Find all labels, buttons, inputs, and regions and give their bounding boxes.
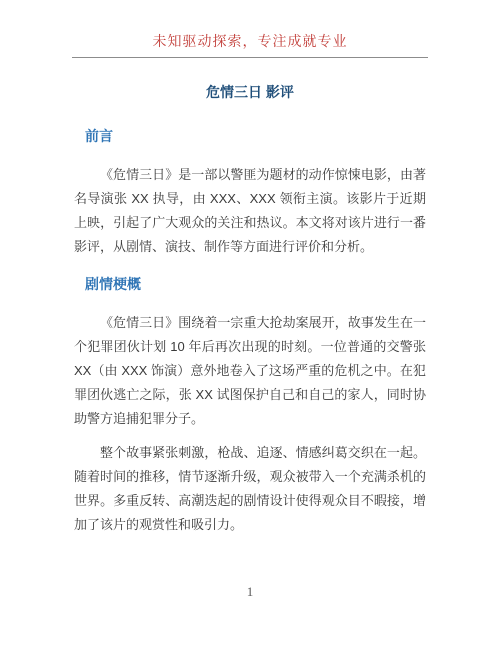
document-page: 未知驱动探索，专注成就专业 危情三日 影评 前言 《危情三日》是一部以警匪为题材… <box>0 0 500 647</box>
paragraph-plot-summary-2: 整个故事紧张刺激，枪战、追逐、情感纠葛交织在一起。随着时间的推移，情节逐渐升级，… <box>74 441 426 537</box>
paragraph-foreword: 《危情三日》是一部以警匪为题材的动作惊悚电影，由著名导演张 XX 执导，由 XX… <box>74 163 426 259</box>
page-number: 1 <box>0 584 500 600</box>
page-header: 未知驱动探索，专注成就专业 <box>72 0 428 58</box>
document-body: 前言 《危情三日》是一部以警匪为题材的动作惊悚电影，由著名导演张 XX 执导，由… <box>74 129 426 537</box>
header-slogan: 未知驱动探索，专注成就专业 <box>72 35 428 58</box>
section-heading-foreword: 前言 <box>85 129 426 144</box>
paragraph-plot-summary-1: 《危情三日》围绕着一宗重大抢劫案展开，故事发生在一个犯罪团伙计划 10 年后再次… <box>74 311 426 431</box>
section-heading-plot-summary: 剧情梗概 <box>85 277 426 292</box>
document-title: 危情三日 影评 <box>0 85 500 99</box>
